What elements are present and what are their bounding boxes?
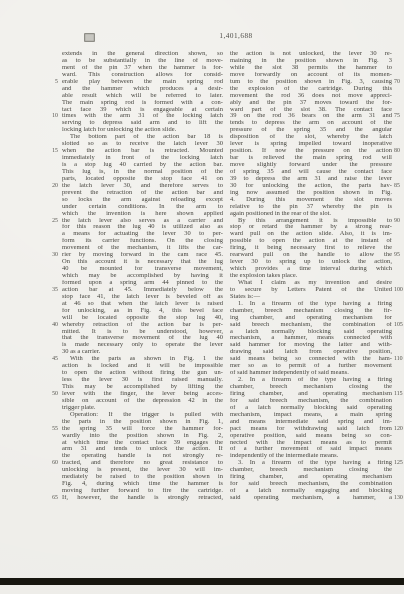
text-line-108: said hammer for moving the latter and wi… bbox=[230, 342, 392, 349]
margin-line-number-125: 125 bbox=[394, 460, 404, 467]
margin-line-number-65: 65 bbox=[42, 495, 58, 502]
text-line-79: lever is spring impelled toward inoperat… bbox=[230, 141, 392, 148]
text-line-39: will be located opposite the stop lug 40… bbox=[62, 315, 223, 322]
text-line-32: 40 be mounted for transverse movement, bbox=[62, 266, 223, 273]
text-line-84: 39 to depress the arm 31 and raise the l… bbox=[230, 176, 392, 183]
text-line-10: times with the arm 31 of the locking lat… bbox=[62, 113, 223, 120]
text-line-106: a latch normally blocking said operating bbox=[230, 329, 392, 336]
text-line-5: erable play between the main spring rod bbox=[62, 79, 223, 86]
text-column-left: extends in the general direction shown, … bbox=[62, 51, 223, 502]
text-line-112: of said hammer independently of said mea… bbox=[230, 370, 392, 377]
text-line-58: arm 31 and tends to unlock the action. I… bbox=[62, 446, 223, 453]
text-line-97: which provides a time interval during wh… bbox=[230, 266, 392, 273]
text-line-101: States is:— bbox=[230, 294, 392, 301]
margin-line-number-95: 95 bbox=[394, 252, 404, 259]
text-line-60: tracted, and therefore no great resistan… bbox=[62, 460, 223, 467]
text-line-64: moving further forward to fire the cartr… bbox=[62, 488, 223, 495]
text-line-83: of spring 35 and will cause the contact … bbox=[230, 169, 392, 176]
text-line-15: when the action bar is retracted. Mounte… bbox=[62, 148, 223, 155]
text-line-96: lever 30 to spring up to unlock the acti… bbox=[230, 259, 392, 266]
text-line-75: 39 on the rod 36 bears on the arm 31 and bbox=[230, 113, 392, 120]
text-line-121: operative position, said means being so … bbox=[230, 433, 392, 440]
text-line-56: wardly into the position shown in Fig. 2… bbox=[62, 433, 223, 440]
text-line-117: of a latch normally blocking said operat… bbox=[230, 405, 392, 412]
text-line-24: which the invention is here shown applie… bbox=[62, 211, 223, 218]
text-line-1: extends in the general direction shown, … bbox=[62, 51, 223, 58]
margin-line-number-40: 40 bbox=[42, 322, 58, 329]
text-line-63: Fig. 4, during which time the hammer is bbox=[62, 481, 223, 488]
text-line-49: This may be accomplished by lifting the bbox=[62, 384, 223, 391]
text-line-72: movement the rod 36 does not move apprec… bbox=[230, 93, 392, 100]
margin-line-number-60: 60 bbox=[42, 460, 58, 467]
text-line-27: a means for actuating the lever 30 to pe… bbox=[62, 231, 223, 238]
text-line-34: formed upon a spring arm 44 pinned to th… bbox=[62, 280, 223, 287]
text-line-73: ably and the pin 37 moves toward the for… bbox=[230, 100, 392, 107]
text-line-8: The main spring rod is formed with a con… bbox=[62, 100, 223, 107]
margin-line-number-50: 50 bbox=[42, 391, 58, 398]
page-stamp-icon bbox=[84, 33, 95, 42]
margin-line-number-85: 85 bbox=[394, 183, 404, 190]
text-line-125: 3. In a firearm of the type having a fir… bbox=[230, 460, 392, 467]
text-line-77: pressure of the spring 35 and the angula… bbox=[230, 127, 392, 134]
text-line-37: at 46 so that when the latch lever is ra… bbox=[62, 301, 223, 308]
text-line-93: possible to open the action at the insta… bbox=[230, 238, 392, 245]
text-line-12: locking latch for unlocking the action s… bbox=[62, 127, 223, 134]
text-line-38: for unlocking, as in Fig. 4, this bevel … bbox=[62, 308, 223, 315]
margin-line-number-75: 75 bbox=[394, 113, 404, 120]
text-line-68: while the slot 38 permits the hammer to bbox=[230, 65, 392, 72]
text-line-36: stop face 41, the latch lever is beveled… bbox=[62, 294, 223, 301]
text-line-23: under certain conditions. In the arm to bbox=[62, 204, 223, 211]
text-line-21: prevent the retraction of the action bar… bbox=[62, 190, 223, 197]
text-line-33: which may be accomplished by having it bbox=[62, 273, 223, 280]
margin-line-number-55: 55 bbox=[42, 426, 58, 433]
text-line-4: ward. This construction allows for consi… bbox=[62, 72, 223, 79]
text-line-88: relative to the pin 37 whereby the pin i… bbox=[230, 204, 392, 211]
margin-line-number-115: 115 bbox=[394, 391, 404, 398]
text-line-80: position. If now the pressure on the act… bbox=[230, 148, 392, 155]
text-line-109: drawing said latch from operative positi… bbox=[230, 349, 392, 356]
text-line-102: 1. In a firearm of the type having a fir… bbox=[230, 301, 392, 308]
text-line-111: mer so as to permit of a further movemen… bbox=[230, 363, 392, 370]
text-line-114: chamber, breech mechanism closing the bbox=[230, 384, 392, 391]
text-line-35: action bar at 45. Immediately below the bbox=[62, 287, 223, 294]
text-line-120: pact means for withdrawing said latch fr… bbox=[230, 426, 392, 433]
text-line-29: movement of the mechanism, it lifts the … bbox=[62, 245, 223, 252]
text-line-116: for said breech mechanism, the combinati… bbox=[230, 398, 392, 405]
patent-number: 1,401,688 bbox=[166, 32, 306, 40]
text-line-89: again positioned in the rear of the slot… bbox=[230, 211, 392, 218]
text-line-50: lever with the finger, the lever being a… bbox=[62, 391, 223, 398]
margin-line-number-45: 45 bbox=[42, 356, 58, 363]
text-line-16: immediately in front of the locking latc… bbox=[62, 155, 223, 162]
text-line-11: serving to depress said arm and to lift … bbox=[62, 120, 223, 127]
text-line-126: chamber, breech mechanism closing the bbox=[230, 467, 392, 474]
text-line-110: said means being so connected with the h… bbox=[230, 356, 392, 363]
margin-line-number-130: 130 bbox=[394, 495, 404, 502]
text-line-55: the spring 35 will force the hammer for- bbox=[62, 426, 223, 433]
margin-line-number-80: 80 bbox=[394, 148, 404, 155]
text-line-61: unlocking is present, the lever 30 will … bbox=[62, 467, 223, 474]
text-line-115: firing chamber, and operating mechanism bbox=[230, 391, 392, 398]
margin-line-number-25: 25 bbox=[42, 218, 58, 225]
patent-page: 1,401,688 extends in the general directi… bbox=[0, 0, 404, 594]
text-line-94: firing, it being necessary first to reli… bbox=[230, 245, 392, 252]
text-line-122: nected with the impact means as to permi… bbox=[230, 440, 392, 447]
text-line-123: of a further movement of said impact mea… bbox=[230, 446, 392, 453]
text-line-51: sible on account of the depression 42 in… bbox=[62, 398, 223, 405]
text-line-9: tact face 39 which is engageable at cert… bbox=[62, 107, 223, 114]
margin-line-number-105: 105 bbox=[394, 322, 404, 329]
text-line-85: 30 for unlocking the action, the parts h… bbox=[230, 183, 392, 190]
text-line-119: and means intermediate said spring and i… bbox=[230, 419, 392, 426]
text-line-17: is a stop lug 40 carried by the action b… bbox=[62, 162, 223, 169]
text-line-118: mechanism, impact means, a main spring bbox=[230, 412, 392, 419]
scan-artifact-bar bbox=[0, 578, 404, 585]
text-line-87: 4. During this movement the slot moves bbox=[230, 197, 392, 204]
text-line-28: form its carrier functions. On the closi… bbox=[62, 238, 223, 245]
text-line-13: The bottom part of the action bar 18 is bbox=[62, 134, 223, 141]
text-line-22: so locks the arm against reloading excep… bbox=[62, 197, 223, 204]
text-line-44: 30 as a carrier. bbox=[62, 349, 223, 356]
text-line-19: parts, located opposite the stop face 41… bbox=[62, 176, 223, 183]
text-line-30: rier by moving forward in the cam race 4… bbox=[62, 252, 223, 259]
text-line-95: rearward pull on the handle to allow the bbox=[230, 252, 392, 259]
text-line-129: of a latch normally engaging and blockin… bbox=[230, 488, 392, 495]
text-line-71: the explosion of the cartridge. During t… bbox=[230, 86, 392, 93]
text-line-18: This lug is, in the normal position of t… bbox=[62, 169, 223, 176]
text-line-14: slotted so as to receive the latch lever… bbox=[62, 141, 223, 148]
margin-line-number-5: 5 bbox=[42, 79, 58, 86]
text-line-48: less the lever 30 is first raised manual… bbox=[62, 377, 223, 384]
text-line-65: If, however, the handle is strongly retr… bbox=[62, 495, 223, 502]
text-line-31: On this account it is necessary that the… bbox=[62, 259, 223, 266]
text-line-92: ward pull on the action slide. Also, it … bbox=[230, 231, 392, 238]
margin-line-number-120: 120 bbox=[394, 426, 404, 433]
text-column-right: the action is not unlocked, the lever 30… bbox=[230, 51, 392, 502]
text-line-91: stop or retard the hammer by a strong re… bbox=[230, 224, 392, 231]
text-line-53: Operation: If the trigger is pulled with bbox=[62, 412, 223, 419]
text-line-127: firing chamber, and operating mechanism bbox=[230, 474, 392, 481]
text-line-74: ward part of the slot 38. The contact fa… bbox=[230, 107, 392, 114]
text-line-76: tends to depress the arm on account of t… bbox=[230, 120, 392, 127]
text-line-3: ment of the pin 37 when the hammer is fo… bbox=[62, 65, 223, 72]
margin-line-number-110: 110 bbox=[394, 356, 404, 363]
text-line-82: move slightly forward under the pressure bbox=[230, 162, 392, 169]
text-line-54: the parts in the position shown in Fig. … bbox=[62, 419, 223, 426]
text-line-40: whereby retraction of the action bar is … bbox=[62, 322, 223, 329]
text-line-107: mechanism, a hammer, means connected wit… bbox=[230, 335, 392, 342]
text-line-90: By this arrangement it is impossible to bbox=[230, 218, 392, 225]
margin-line-number-10: 10 bbox=[42, 113, 58, 120]
text-line-124: independently of the intermediate means. bbox=[230, 453, 392, 460]
text-line-69: move forwardly on account of its momen- bbox=[230, 72, 392, 79]
text-line-2: as to be substantially in the line of mo… bbox=[62, 58, 223, 65]
text-line-41: mitted. It is to be understood, however, bbox=[62, 329, 223, 336]
margin-line-number-70: 70 bbox=[394, 79, 404, 86]
text-line-52: trigger plate. bbox=[62, 405, 223, 412]
margin-line-number-35: 35 bbox=[42, 287, 58, 294]
margin-line-number-15: 15 bbox=[42, 148, 58, 155]
text-line-43: is made necessary only to operate the le… bbox=[62, 342, 223, 349]
text-line-128: for said breech mechanism, the combinati… bbox=[230, 481, 392, 488]
text-line-86: ing now assumed the position shown in Fi… bbox=[230, 190, 392, 197]
text-line-105: said breech mechanism, the combination o… bbox=[230, 322, 392, 329]
text-line-130: said operating mechanism, a hammer, a bbox=[230, 495, 392, 502]
text-line-25: the latch lever also serves as a carrier… bbox=[62, 218, 223, 225]
text-line-6: and the hammer which produces a desir- bbox=[62, 86, 223, 93]
margin-line-number-100: 100 bbox=[394, 287, 404, 294]
text-line-98: the explosion takes place. bbox=[230, 273, 392, 280]
margin-line-number-30: 30 bbox=[42, 252, 58, 259]
text-line-99: What I claim as my invention and desire bbox=[230, 280, 392, 287]
text-line-70: tum to the position shown in Fig. 3, cau… bbox=[230, 79, 392, 86]
text-line-66: the action is not unlocked, the lever 30… bbox=[230, 51, 392, 58]
text-line-59: the operating handle is not strongly re- bbox=[62, 453, 223, 460]
text-line-7: able result which will be referred to la… bbox=[62, 93, 223, 100]
text-line-113: 2. In a firearm of the type having a fir… bbox=[230, 377, 392, 384]
text-line-26: for this reason the lug 40 is utilized a… bbox=[62, 224, 223, 231]
text-line-57: at which time the contact face 39 engage… bbox=[62, 440, 223, 447]
text-line-42: that the transverse movement of the lug … bbox=[62, 335, 223, 342]
text-line-103: chamber, breech mechanism closing the fi… bbox=[230, 308, 392, 315]
text-line-46: action is locked and it will be impossib… bbox=[62, 363, 223, 370]
text-line-20: the latch lever 30, and therefore serves… bbox=[62, 183, 223, 190]
text-line-104: ing chamber, and operating mechanism for bbox=[230, 315, 392, 322]
text-line-78: disposition of the slot, whereby the lat… bbox=[230, 134, 392, 141]
text-line-47: to open the action without firing the gu… bbox=[62, 370, 223, 377]
text-line-62: mediately be raised to the position show… bbox=[62, 474, 223, 481]
margin-line-number-20: 20 bbox=[42, 183, 58, 190]
text-line-81: bar is relieved the main spring rod will bbox=[230, 155, 392, 162]
text-line-45: With the parts as shown in Fig. 1 the bbox=[62, 356, 223, 363]
text-line-100: to secure by Letters Patent of the Unite… bbox=[230, 287, 392, 294]
text-line-67: maining in the position shown in Fig. 3 bbox=[230, 58, 392, 65]
margin-line-number-90: 90 bbox=[394, 218, 404, 225]
